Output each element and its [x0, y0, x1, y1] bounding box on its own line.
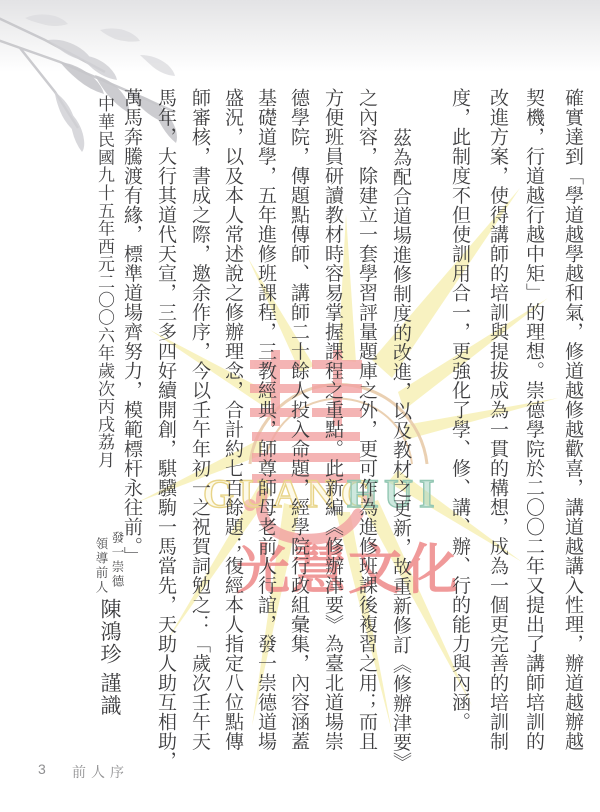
- signature-suffix: 謹識: [98, 672, 122, 717]
- signature-org: 發一崇德: [110, 531, 124, 589]
- body-column: 師審核，書成之際，邀余作序，今以壬午年初一之祝賀詞勉之：「歲次壬午天: [187, 88, 211, 768]
- body-column: 之內容，除建立一套學習評量題庫之外，更可作為進修班課後複習之用；而且: [354, 88, 378, 768]
- date-column: 中華民國九十五年西元二〇〇六年歲次丙戌荔月: [92, 95, 116, 469]
- body-column: 方便班員研讀教材時容易掌握課程之重點。此新編《修辦津要》為臺北道場崇: [320, 88, 344, 768]
- body-column: 馬年，大行其道代天宣，三多四好續開創，騏驥駒一馬當先，天助人助互相助，: [153, 88, 177, 768]
- body-column: 改進方案，使得講師的培訓與提拔成為一貫的構想，成為一個更完善的培訓制: [485, 88, 509, 768]
- body-column: 萬馬奔騰渡有緣，標準道場齊努力，模範標杆永往前。」: [119, 88, 143, 768]
- body-column: 度，此制度不但使訓用合一，更強化了學、修、講、辦、行的能力與內涵。: [447, 88, 471, 768]
- footer-page-number: 3: [38, 761, 46, 777]
- book-page: GUANG HUI 光慧文化 確實達到「學道越學越和氣，修道越修越歡喜，講道越講…: [0, 0, 600, 812]
- body-column: 茲為配合道場進修制度的改進，以及教材之更新，故重新修訂《修辦津要》: [388, 88, 412, 768]
- body-column: 確實達到「學道越學越和氣，修道越修越歡喜，講道越講入性理，辦道越辦越: [560, 88, 584, 768]
- footer-section-title: 前人序: [72, 762, 129, 782]
- body-column: 德學院，傳題點傳師、講師二十餘人投入命題，經學院行政組彙集，內容涵蓋: [286, 88, 310, 768]
- body-column: 基礎道學，五年進修班課程，三教經典，師尊師母老前人行誼，發一崇德道場: [253, 88, 277, 768]
- body-column: 盛況，以及本人常述說之修辦理念，合計約七百餘題；復經本人指定八位點傳: [220, 88, 244, 768]
- signature-name: 陳鴻珍: [98, 598, 122, 666]
- signature-role: 領導前人: [94, 537, 108, 595]
- body-column: 契機，行道越行越中矩」的理想。崇德學院於二〇〇二年又提出了講師培訓的: [521, 88, 545, 768]
- preface-text-block: 確實達到「學道越學越和氣，修道越修越歡喜，講道越講入性理，辦道越辦越 契機，行道…: [0, 0, 600, 812]
